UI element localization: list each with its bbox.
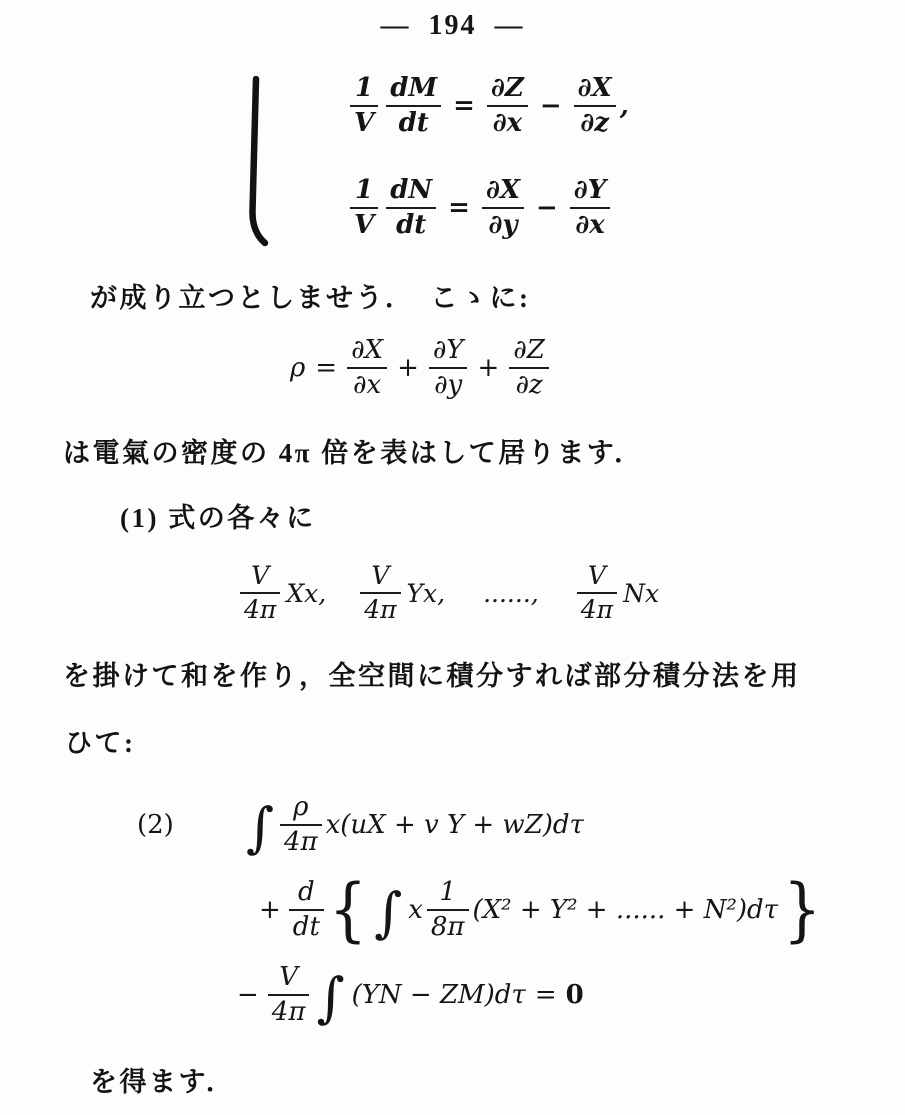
frac-1-over-V: 1V	[350, 176, 378, 240]
minus-sign: −	[233, 980, 263, 1010]
denominator: ∂y	[482, 209, 524, 240]
integral-sign: ∫	[314, 976, 346, 1019]
denominator: ∂x	[347, 369, 387, 400]
numerator: V	[360, 562, 400, 594]
numerator: 1	[427, 878, 469, 911]
denominator: V	[350, 209, 378, 240]
numerator: d	[289, 878, 324, 911]
numerator: ∂X	[482, 176, 524, 209]
text-line-multiply: を掛けて和を作り，全空間に積分すれば部分積分法を用	[63, 654, 801, 693]
denominator: ∂y	[429, 369, 468, 400]
numerator: V	[240, 562, 280, 594]
text-line-eq1-each: (1) 式の各々に	[120, 496, 316, 535]
denominator: V	[350, 107, 378, 138]
equals-sign: =	[311, 353, 341, 383]
rho-symbol: ρ	[290, 353, 305, 383]
text-line-hite: ひて:	[65, 721, 136, 760]
denominator: 4π	[360, 594, 400, 624]
frac-dX-over-dx: ∂X∂x	[347, 336, 387, 400]
frac-dM-over-dt: dMdt	[386, 74, 441, 138]
equation-system: 1V dMdt = ∂Z∂x − ∂X∂z , 1V dNdt = ∂X∂y −…	[350, 74, 629, 240]
rho-equation: ρ = ∂X∂x + ∂Y∂y + ∂Z∂z	[290, 336, 549, 400]
equation-2-line-3: − V4π ∫ (YN − ZM)dτ = 0	[233, 963, 584, 1027]
frac-d-over-dt: ddt	[289, 878, 324, 942]
ellipsis: ......,	[483, 579, 539, 608]
equation-2-line-2: + ddt { ∫ x 18π (X² + Y² + ...... + N²)d…	[255, 878, 822, 942]
denominator: ∂z	[574, 107, 616, 138]
system-brace	[243, 76, 269, 253]
numerator: ρ	[280, 793, 322, 826]
multiplier-row: V4π Xx, V4π Yx, ......, V4π Nx	[240, 562, 659, 624]
frac-rho-over-4pi: ρ4π	[280, 793, 322, 857]
numerator: ∂X	[574, 74, 616, 107]
variable-x: x	[408, 895, 423, 925]
numerator: ∂Z	[509, 336, 549, 369]
equation-dM-dt: 1V dMdt = ∂Z∂x − ∂X∂z ,	[350, 74, 629, 138]
numerator: dM	[386, 74, 441, 107]
text-line-density: は電氣の密度の 4π 倍を表はして居ります．	[63, 431, 644, 470]
frac-dY-over-dy: ∂Y∂y	[429, 336, 468, 400]
equation-2-label: (2)	[137, 810, 180, 840]
denominator: 4π	[240, 594, 280, 624]
denominator: ∂x	[487, 107, 528, 138]
term-Xx: Xx,	[286, 579, 326, 608]
denominator: dt	[386, 107, 441, 138]
left-brace: {	[328, 883, 368, 938]
numerator: 1	[350, 74, 378, 107]
denominator: 4π	[577, 594, 617, 624]
page-number: — 194 —	[0, 10, 905, 42]
numerator: V	[268, 963, 310, 996]
minus-sign: −	[536, 91, 566, 121]
term-Nx: Nx	[623, 579, 659, 608]
numerator: V	[577, 562, 617, 594]
frac-V-over-4pi: V4π	[360, 562, 400, 624]
plus-sign: +	[473, 353, 503, 383]
numerator: 1	[350, 176, 378, 209]
zero: 0	[566, 980, 584, 1010]
denominator: 4π	[268, 996, 310, 1027]
integral-sign: ∫	[244, 806, 276, 849]
plus-sign: +	[255, 895, 285, 925]
numerator: ∂Y	[570, 176, 610, 209]
plus-sign: +	[393, 353, 423, 383]
integrand: (YN − ZM)dτ	[352, 980, 526, 1010]
equals-sign: =	[444, 193, 474, 223]
denominator: ∂z	[509, 369, 549, 400]
frac-dX-over-dy: ∂X∂y	[482, 176, 524, 240]
frac-V-over-4pi: V4π	[268, 963, 310, 1027]
frac-1-over-V: 1V	[350, 74, 378, 138]
numerator: ∂Y	[429, 336, 468, 369]
term-Yx: Yx,	[407, 579, 446, 608]
denominator: dt	[386, 209, 436, 240]
frac-dZ-over-dx: ∂Z∂x	[487, 74, 528, 138]
frac-V-over-4pi: V4π	[240, 562, 280, 624]
numerator: ∂X	[347, 336, 387, 369]
frac-V-over-4pi: V4π	[577, 562, 617, 624]
right-brace: }	[782, 883, 822, 938]
denominator: dt	[289, 911, 324, 942]
equals-sign: =	[449, 91, 479, 121]
frac-dN-over-dt: dNdt	[386, 176, 436, 240]
integrand: x(uX + v Y + wZ)dτ	[326, 810, 584, 840]
equals-sign: =	[531, 980, 561, 1010]
equation-2-line-1: (2) ∫ ρ4π x(uX + v Y + wZ)dτ	[137, 793, 584, 857]
frac-1-over-8pi: 18π	[427, 878, 469, 942]
equation-dN-dt: 1V dNdt = ∂X∂y − ∂Y∂x	[350, 176, 629, 240]
minus-sign: −	[532, 193, 562, 223]
denominator: 4π	[280, 826, 322, 857]
frac-dZ-over-dz: ∂Z∂z	[509, 336, 549, 400]
frac-dX-over-dz: ∂X∂z	[574, 74, 616, 138]
brace-stroke	[243, 76, 269, 248]
integrand: (X² + Y² + ...... + N²)dτ	[473, 895, 779, 925]
denominator: ∂x	[570, 209, 610, 240]
integral-sign: ∫	[372, 891, 404, 934]
frac-dY-over-dx: ∂Y∂x	[570, 176, 610, 240]
text-line-obtain: を得ます．	[90, 1060, 235, 1099]
numerator: ∂Z	[487, 74, 528, 107]
denominator: 8π	[427, 911, 469, 942]
numerator: dN	[386, 176, 436, 209]
comma: ,	[620, 91, 629, 121]
text-line-holds: が成り立つとしませう． こゝに:	[90, 276, 531, 315]
